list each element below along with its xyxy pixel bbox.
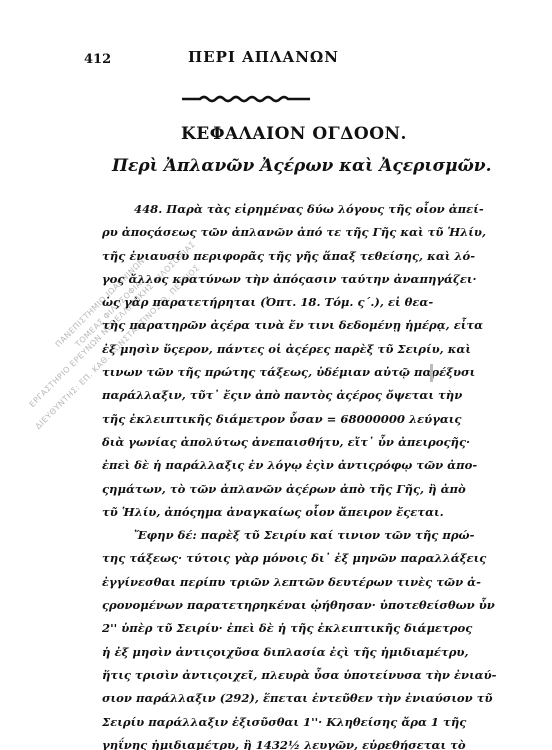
text-line: τῆς ἐνιαυσίυ περιφορᾶς τῆς γῆς ἅπαξ τεθε… (102, 245, 412, 268)
text-line: ὡς γὰρ παρατετήρηται (Ὀπτ. 18. Τόμ. ς΄.)… (102, 291, 412, 314)
text-line: διὰ γωνίας ἀπολύτως ἀνεπαισθήτυ, εἴτ᾽ ὖν… (102, 431, 412, 454)
text-line: ςημάτων, τὸ τῶν ἀπλανῶν ἀςέρων ἀπὸ τῆς Γ… (102, 478, 412, 501)
text-line: τινων τῶν τῆς πρώτης τάξεως, ὐδέμιαν αὐτ… (102, 361, 412, 384)
text-line: ἐγγίνεσθαι περίπυ τριῶν λεπτῶν δευτέρων … (102, 571, 412, 594)
text-line: τῦ Ἡλίυ, ἀπόςημα ἀναγκαίως οἷον ἄπειρον … (102, 501, 412, 524)
page-number: 412 (84, 52, 111, 67)
section-title: Περὶ Ἀπλανῶν Ἀςέρων καὶ Ἀςερισμῶν. (112, 156, 492, 176)
text-line: της τάξεως· τύτοις γὰρ μόνοις δι᾽ ἐξ μην… (102, 547, 412, 570)
text-line: τῆς ἐκλειπτικῆς διάμετρον ὖσαν = 6800000… (102, 408, 412, 431)
margin-mark (430, 364, 433, 382)
text-line: τὴς παρατηρῶν ἀςέρα τινὰ ἔν τινι δεδομέν… (102, 314, 412, 337)
text-line: 2'' ὑπὲρ τῦ Σειρίυ· ἐπεὶ δὲ ἡ τῆς ἐκλειπ… (102, 617, 412, 640)
text-line: ἐξ μησὶν ὕςερον, πάντες οἱ ἀςέρες παρὲξ … (102, 338, 412, 361)
text-line: Σειρίυ παράλλαξιν ἐξισῦσθαι 1''· Κληθείσ… (102, 711, 412, 734)
text-line: 448. Παρὰ τὰς εἰρημένας δύω λόγους τῆς ο… (102, 198, 412, 221)
text-line: ἡ ἐξ μησὶν ἀντιςοιχῦσα διπλασία ἐςὶ τῆς … (102, 641, 412, 664)
text-line: ἐπεὶ δὲ ἡ παράλλαξις ἐν λόγῳ ἐςὶν ἀντιςρ… (102, 454, 412, 477)
text-line: παράλλαξιν, τῦτ᾽ ἔςιν ἀπὸ παντὸς ἀςέρος … (102, 384, 412, 407)
text-line: γος ἄλλος κρατύνων τὴν ἀπόςασιν ταύτην ἀ… (102, 268, 412, 291)
text-line: ἥτις τρισὶν ἀντιςοιχεῖ, πλευρὰ ὖσα ὑποτε… (102, 664, 412, 687)
body-text: 448. Παρὰ τὰς εἰρημένας δύω λόγους τῆς ο… (102, 198, 412, 750)
text-line: Ἔφην δέ: παρὲξ τῦ Σειρίυ καί τινιον τῶν … (102, 524, 412, 547)
text-line: ρυ ἀποςάσεως τῶν ἀπλανῶν ἀπό τε τῆς Γῆς … (102, 221, 412, 244)
text-line: σιον παράλλαξιν (292), ἕπεται ἐντεῦθεν τ… (102, 687, 412, 710)
wavy-rule-ornament-icon (182, 90, 310, 104)
running-head: ΠΕΡΙ ΑΠΛΑΝΩΝ (188, 48, 339, 66)
chapter-title: ΚΕΦΑΛΑΙΟΝ ΟΓΔΟΟΝ. (0, 124, 552, 144)
text-line: γηΐνης ἡμιδιαμέτρυ, ἢ 1432½ λευγῶν, εὑρε… (102, 734, 412, 750)
text-line: ςρονομένων παρατετηρηκέναι ᾠήθησαν· ὑποτ… (102, 594, 412, 617)
